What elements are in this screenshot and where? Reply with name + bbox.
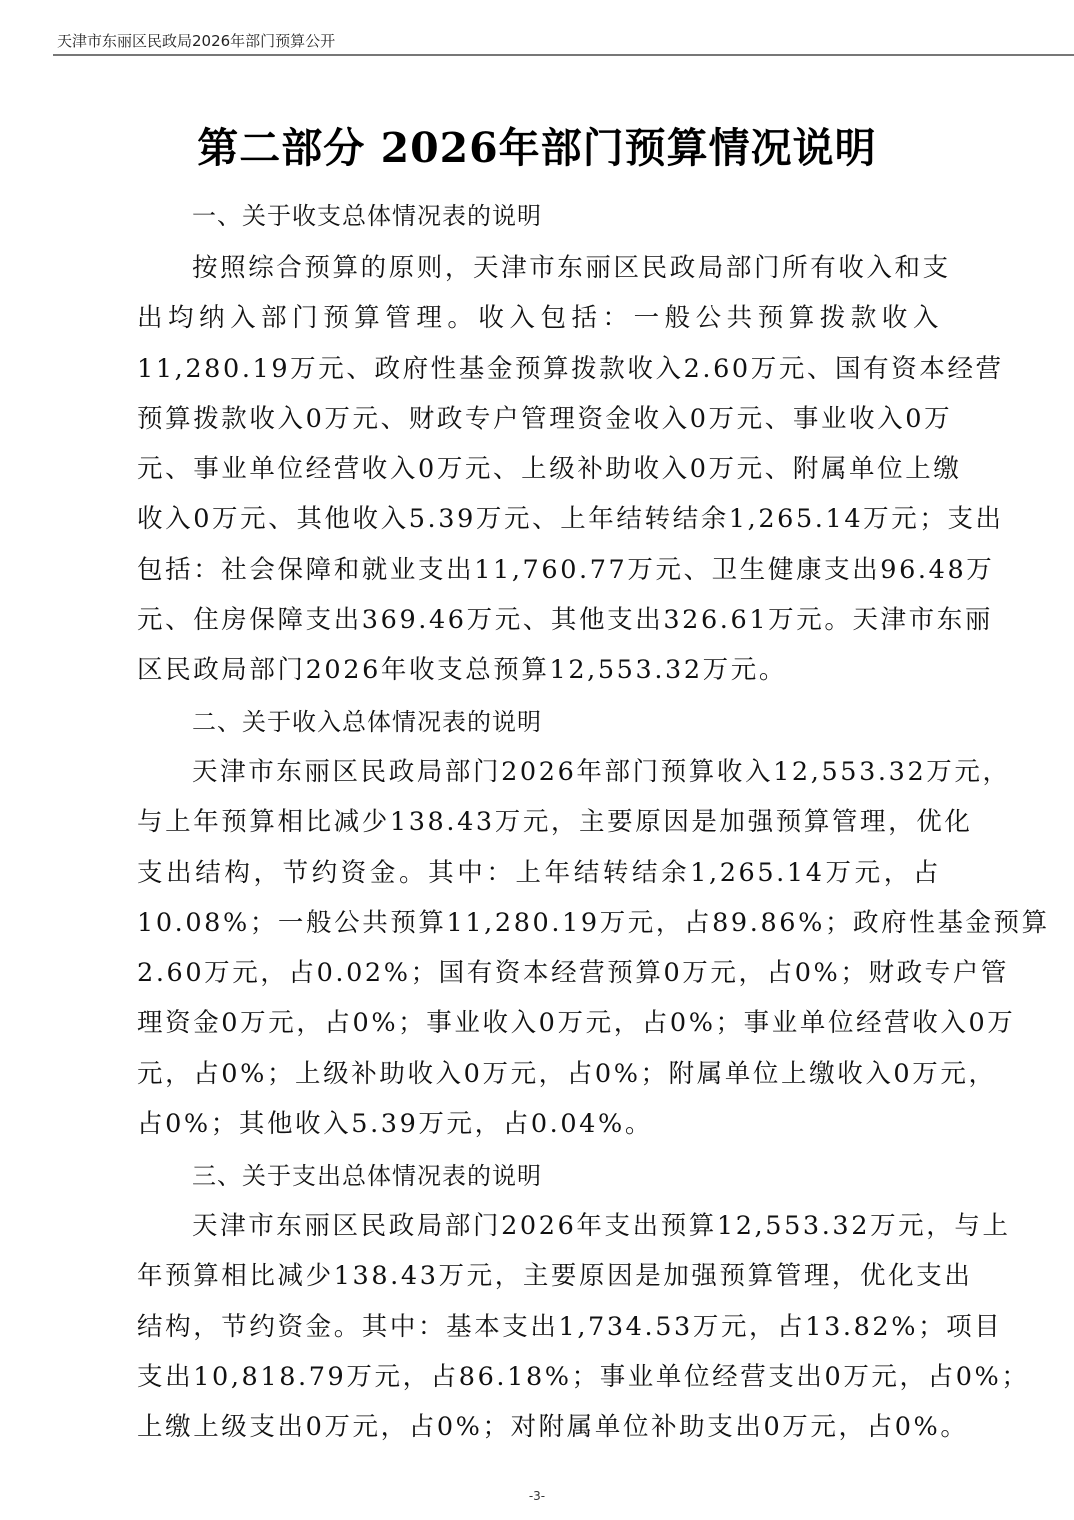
section-heading-expense-overview: 三、关于支出总体情况表的说明 xyxy=(192,1159,542,1193)
paragraph-line: 支出10,818.79万元，占86.18%；事业单位经营支出0万元，占0%； xyxy=(137,1352,941,1402)
paragraph-line: 出均纳入部门预算管理。收入包括：一般公共预算拨款收入 xyxy=(137,293,941,343)
paragraph-line: 结构，节约资金。其中：基本支出1,734.53万元，占13.82%；项目 xyxy=(137,1302,941,1352)
section-paragraph-expense-overview: 天津市东丽区民政局部门2026年支出预算12,553.32万元，与上 年预算相比… xyxy=(137,1201,941,1452)
paragraph-line: 元、住房保障支出369.46万元、其他支出326.61万元。天津市东丽 xyxy=(137,595,941,645)
paragraph-line: 支出结构，节约资金。其中：上年结转结余1,265.14万元，占 xyxy=(137,848,941,898)
paragraph-line: 收入0万元、其他收入5.39万元、上年结转结余1,265.14万元；支出 xyxy=(137,494,941,544)
paragraph-line: 上缴上级支出0万元，占0%；对附属单位补助支出0万元，占0%。 xyxy=(137,1402,941,1452)
paragraph-line: 与上年预算相比减少138.43万元，主要原因是加强预算管理，优化 xyxy=(137,797,941,847)
paragraph-line: 年预算相比减少138.43万元，主要原因是加强预算管理，优化支出 xyxy=(137,1251,941,1301)
section-heading-income-expense-overview: 一、关于收支总体情况表的说明 xyxy=(192,199,542,233)
paragraph-line: 天津市东丽区民政局部门2026年支出预算12,553.32万元，与上 xyxy=(137,1201,941,1251)
paragraph-line: 理资金0万元，占0%；事业收入0万元，占0%；事业单位经营收入0万 xyxy=(137,998,941,1048)
paragraph-line: 占0%；其他收入5.39万元，占0.04%。 xyxy=(137,1099,941,1149)
paragraph-line: 预算拨款收入0万元、财政专户管理资金收入0万元、事业收入0万 xyxy=(137,394,941,444)
page-number: -3- xyxy=(0,1489,1074,1503)
section-paragraph-income-overview: 天津市东丽区民政局部门2026年部门预算收入12,553.32万元， 与上年预算… xyxy=(137,747,941,1149)
header-text: 天津市东丽区民政局2026年部门预算公开 xyxy=(53,32,335,50)
section-heading-income-overview: 二、关于收入总体情况表的说明 xyxy=(192,705,542,739)
paragraph-line: 元、事业单位经营收入0万元、上级补助收入0万元、附属单位上缴 xyxy=(137,444,941,494)
page-header: 天津市东丽区民政局2026年部门预算公开 xyxy=(53,30,1074,56)
section-paragraph-income-expense-overview: 按照综合预算的原则，天津市东丽区民政局部门所有收入和支 出均纳入部门预算管理。收… xyxy=(137,243,941,696)
paragraph-line: 元，占0%；上级补助收入0万元，占0%；附属单位上缴收入0万元， xyxy=(137,1049,941,1099)
paragraph-line: 11,280.19万元、政府性基金预算拨款收入2.60万元、国有资本经营 xyxy=(137,344,941,394)
page-title: 第二部分 2026年部门预算情况说明 xyxy=(0,118,1074,178)
paragraph-line: 天津市东丽区民政局部门2026年部门预算收入12,553.32万元， xyxy=(137,747,941,797)
paragraph-line: 按照综合预算的原则，天津市东丽区民政局部门所有收入和支 xyxy=(137,243,941,293)
paragraph-line: 10.08%；一般公共预算11,280.19万元，占89.86%；政府性基金预算 xyxy=(137,898,941,948)
paragraph-line: 2.60万元，占0.02%；国有资本经营预算0万元，占0%；财政专户管 xyxy=(137,948,941,998)
paragraph-line: 包括：社会保障和就业支出11,760.77万元、卫生健康支出96.48万 xyxy=(137,545,941,595)
paragraph-line: 区民政局部门2026年收支总预算12,553.32万元。 xyxy=(137,645,941,695)
